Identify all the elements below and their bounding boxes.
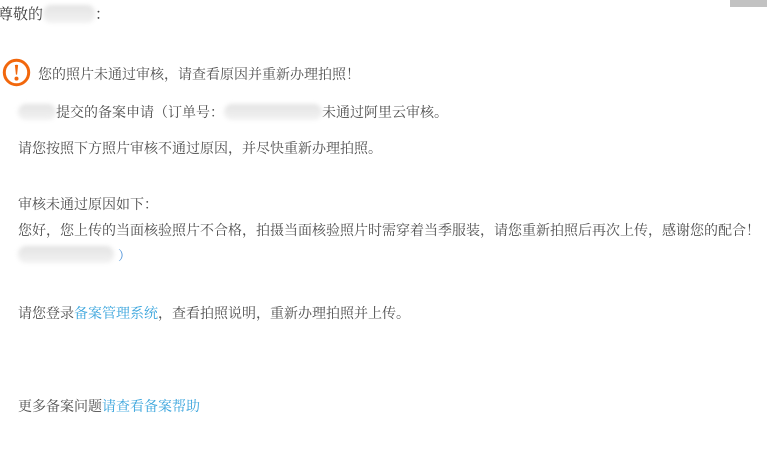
reason-text-line2: ）: [18, 246, 131, 264]
submission-line: 提交的备案申请（订单号：未通过阿里云审核。: [18, 104, 448, 121]
submission-text-end: 未通过阿里云审核。: [322, 104, 448, 120]
login-prefix: 请您登录: [18, 305, 74, 321]
help-prefix: 更多备案问题: [18, 398, 102, 414]
notification-page: 尊敬的： 您的照片未通过审核，请查看原因并重新办理拍照！ 提交的备案申请（订单号…: [0, 0, 767, 464]
redacted-customer-contact: [18, 246, 114, 263]
greeting-colon: ：: [95, 6, 110, 23]
alert-exclamation-icon: [2, 58, 31, 87]
submission-text-mid: 提交的备案申请（订单号：: [56, 104, 224, 120]
redacted-order-number: [224, 104, 322, 120]
alert-message: 您的照片未通过审核，请查看原因并重新办理拍照！: [38, 66, 360, 83]
reason-text-line1: 您好，您上传的当面核验照片不合格，拍摄当面核验照片时需穿着当季服装，请您重新拍照…: [18, 222, 767, 239]
scrollbar-thumb-fragment[interactable]: [730, 0, 767, 7]
beian-management-system-link[interactable]: 备案管理系统: [74, 305, 158, 321]
redacted-account-name: [18, 104, 56, 120]
beian-help-link[interactable]: 请查看备案帮助: [102, 398, 200, 414]
help-line: 更多备案问题请查看备案帮助: [18, 398, 200, 415]
redacted-recipient-name: [43, 5, 95, 23]
reason-heading: 审核未通过原因如下：: [18, 196, 158, 213]
reason-close-paren: ）: [118, 248, 131, 263]
greeting-line: 尊敬的：: [0, 5, 110, 23]
login-suffix: ，查看拍照说明，重新办理拍照并上传。: [158, 305, 410, 321]
greeting-prefix: 尊敬的: [0, 6, 43, 23]
login-line: 请您登录备案管理系统，查看拍照说明，重新办理拍照并上传。: [18, 305, 410, 322]
instruction-line: 请您按照下方照片审核不通过原因，并尽快重新办理拍照。: [18, 140, 382, 157]
